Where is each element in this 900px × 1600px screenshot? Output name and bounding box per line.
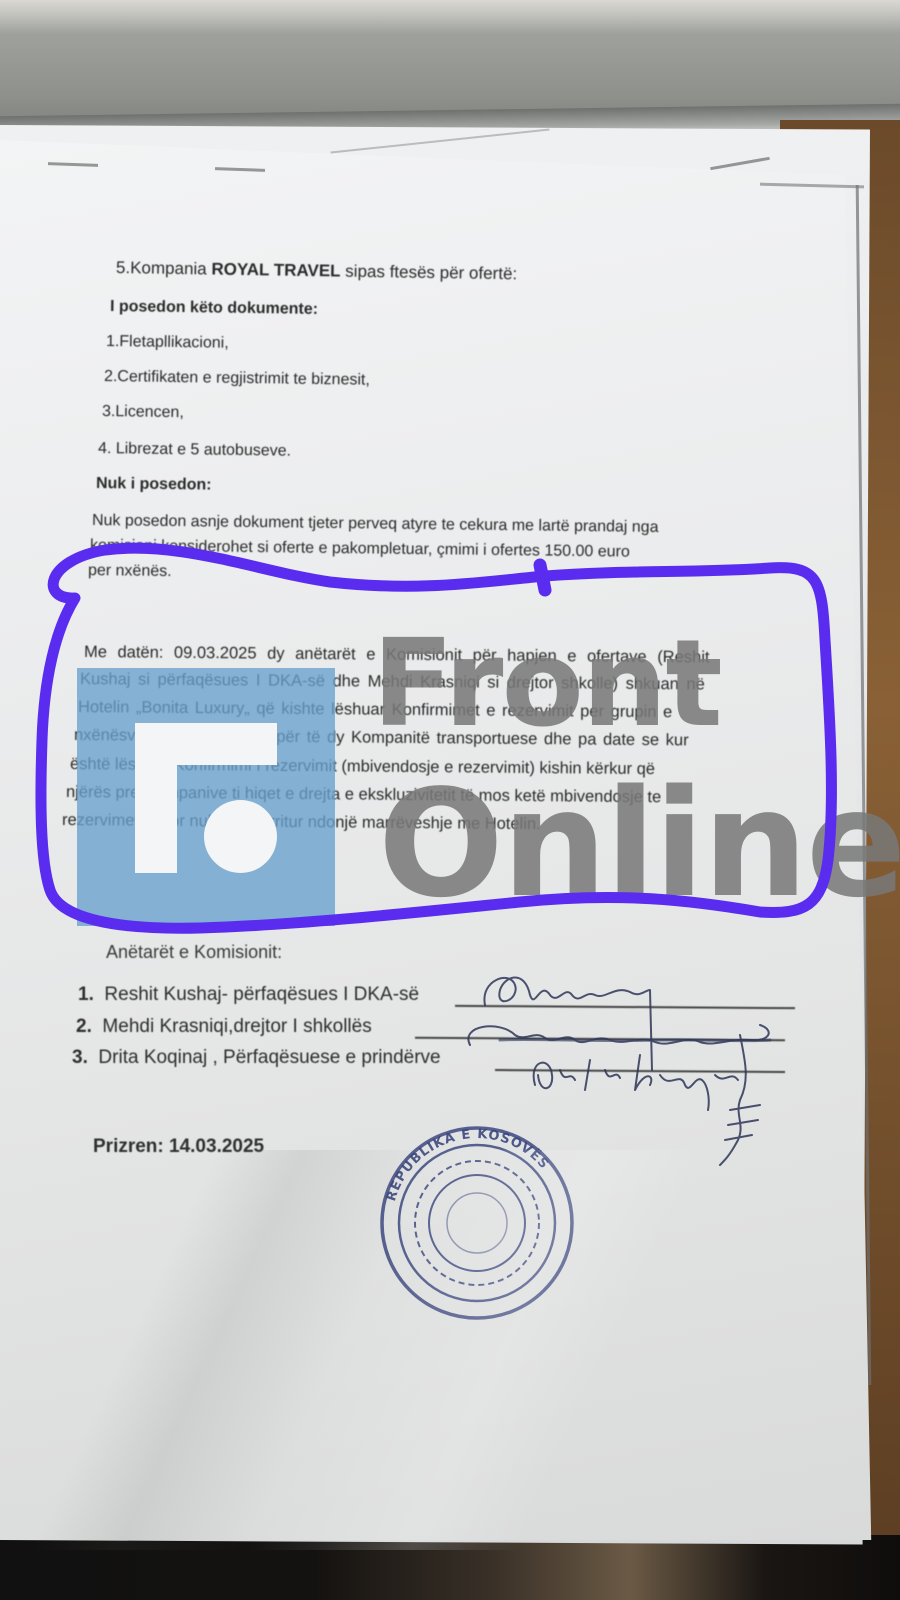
logo-dot	[204, 800, 277, 873]
official-stamp: REPUBLIKA E KOSOVËS	[372, 1118, 582, 1328]
watermark-text-front: Front	[372, 625, 721, 745]
committee-label: Anëtarët e Komisionit:	[106, 942, 282, 963]
place-date: Prizren: 14.03.2025	[93, 1136, 264, 1158]
logo-bar	[135, 723, 277, 765]
committee-member: 2. Mehdi Krasniqi,drejtor I shkollës	[76, 1016, 372, 1038]
not-possessed-text: per nxënës.	[88, 562, 172, 581]
member-name: Reshit Kushaj- përfaqësues I DKA-së	[104, 984, 419, 1005]
member-number: 2.	[76, 1016, 92, 1037]
document-item: 3.Licencen,	[102, 403, 184, 422]
not-possessed-label: Nuk i posedon:	[96, 475, 212, 495]
committee-member: 3. Drita Koqinaj , Përfaqësuese e prindë…	[72, 1047, 441, 1069]
document-item: 2.Certifikaten e regjistrimit te biznesi…	[104, 368, 370, 390]
committee-member: 1. Reshit Kushaj- përfaqësues I DKA-së	[78, 984, 419, 1006]
heading-suffix: sipas ftesës për ofertë:	[340, 262, 517, 284]
section-heading: 5.Kompania ROYAL TRAVEL sipas ftesës për…	[116, 258, 518, 284]
watermark-logo	[77, 668, 335, 926]
signature-1	[484, 978, 652, 1071]
heading-prefix: 5.Kompania	[116, 258, 212, 278]
document-item: 1.Fletapllikacioni,	[106, 333, 229, 353]
signature-3	[534, 1055, 738, 1110]
company-name: ROYAL TRAVEL	[211, 260, 340, 281]
document-item: 4. Librezat e 5 autobuseve.	[98, 440, 291, 461]
member-name: Drita Koqinaj , Përfaqësuese e prindërve	[98, 1047, 440, 1068]
stamp-text: REPUBLIKA E KOSOVËS	[384, 1127, 552, 1203]
possesses-label: I posedon këto dokumente:	[110, 298, 318, 319]
member-name: Mehdi Krasniqi,drejtor I shkollës	[102, 1016, 371, 1037]
not-possessed-text: Nuk posedon asnje dokument tjeter perveq…	[92, 512, 659, 537]
member-number: 1.	[78, 984, 94, 1005]
svg-text:REPUBLIKA E KOSOVËS: REPUBLIKA E KOSOVËS	[384, 1127, 552, 1203]
not-possessed-text: komisioni konsiderohet si oferte e pakom…	[90, 537, 630, 562]
watermark-text-online: Online	[378, 770, 900, 918]
member-number: 3.	[72, 1047, 88, 1068]
